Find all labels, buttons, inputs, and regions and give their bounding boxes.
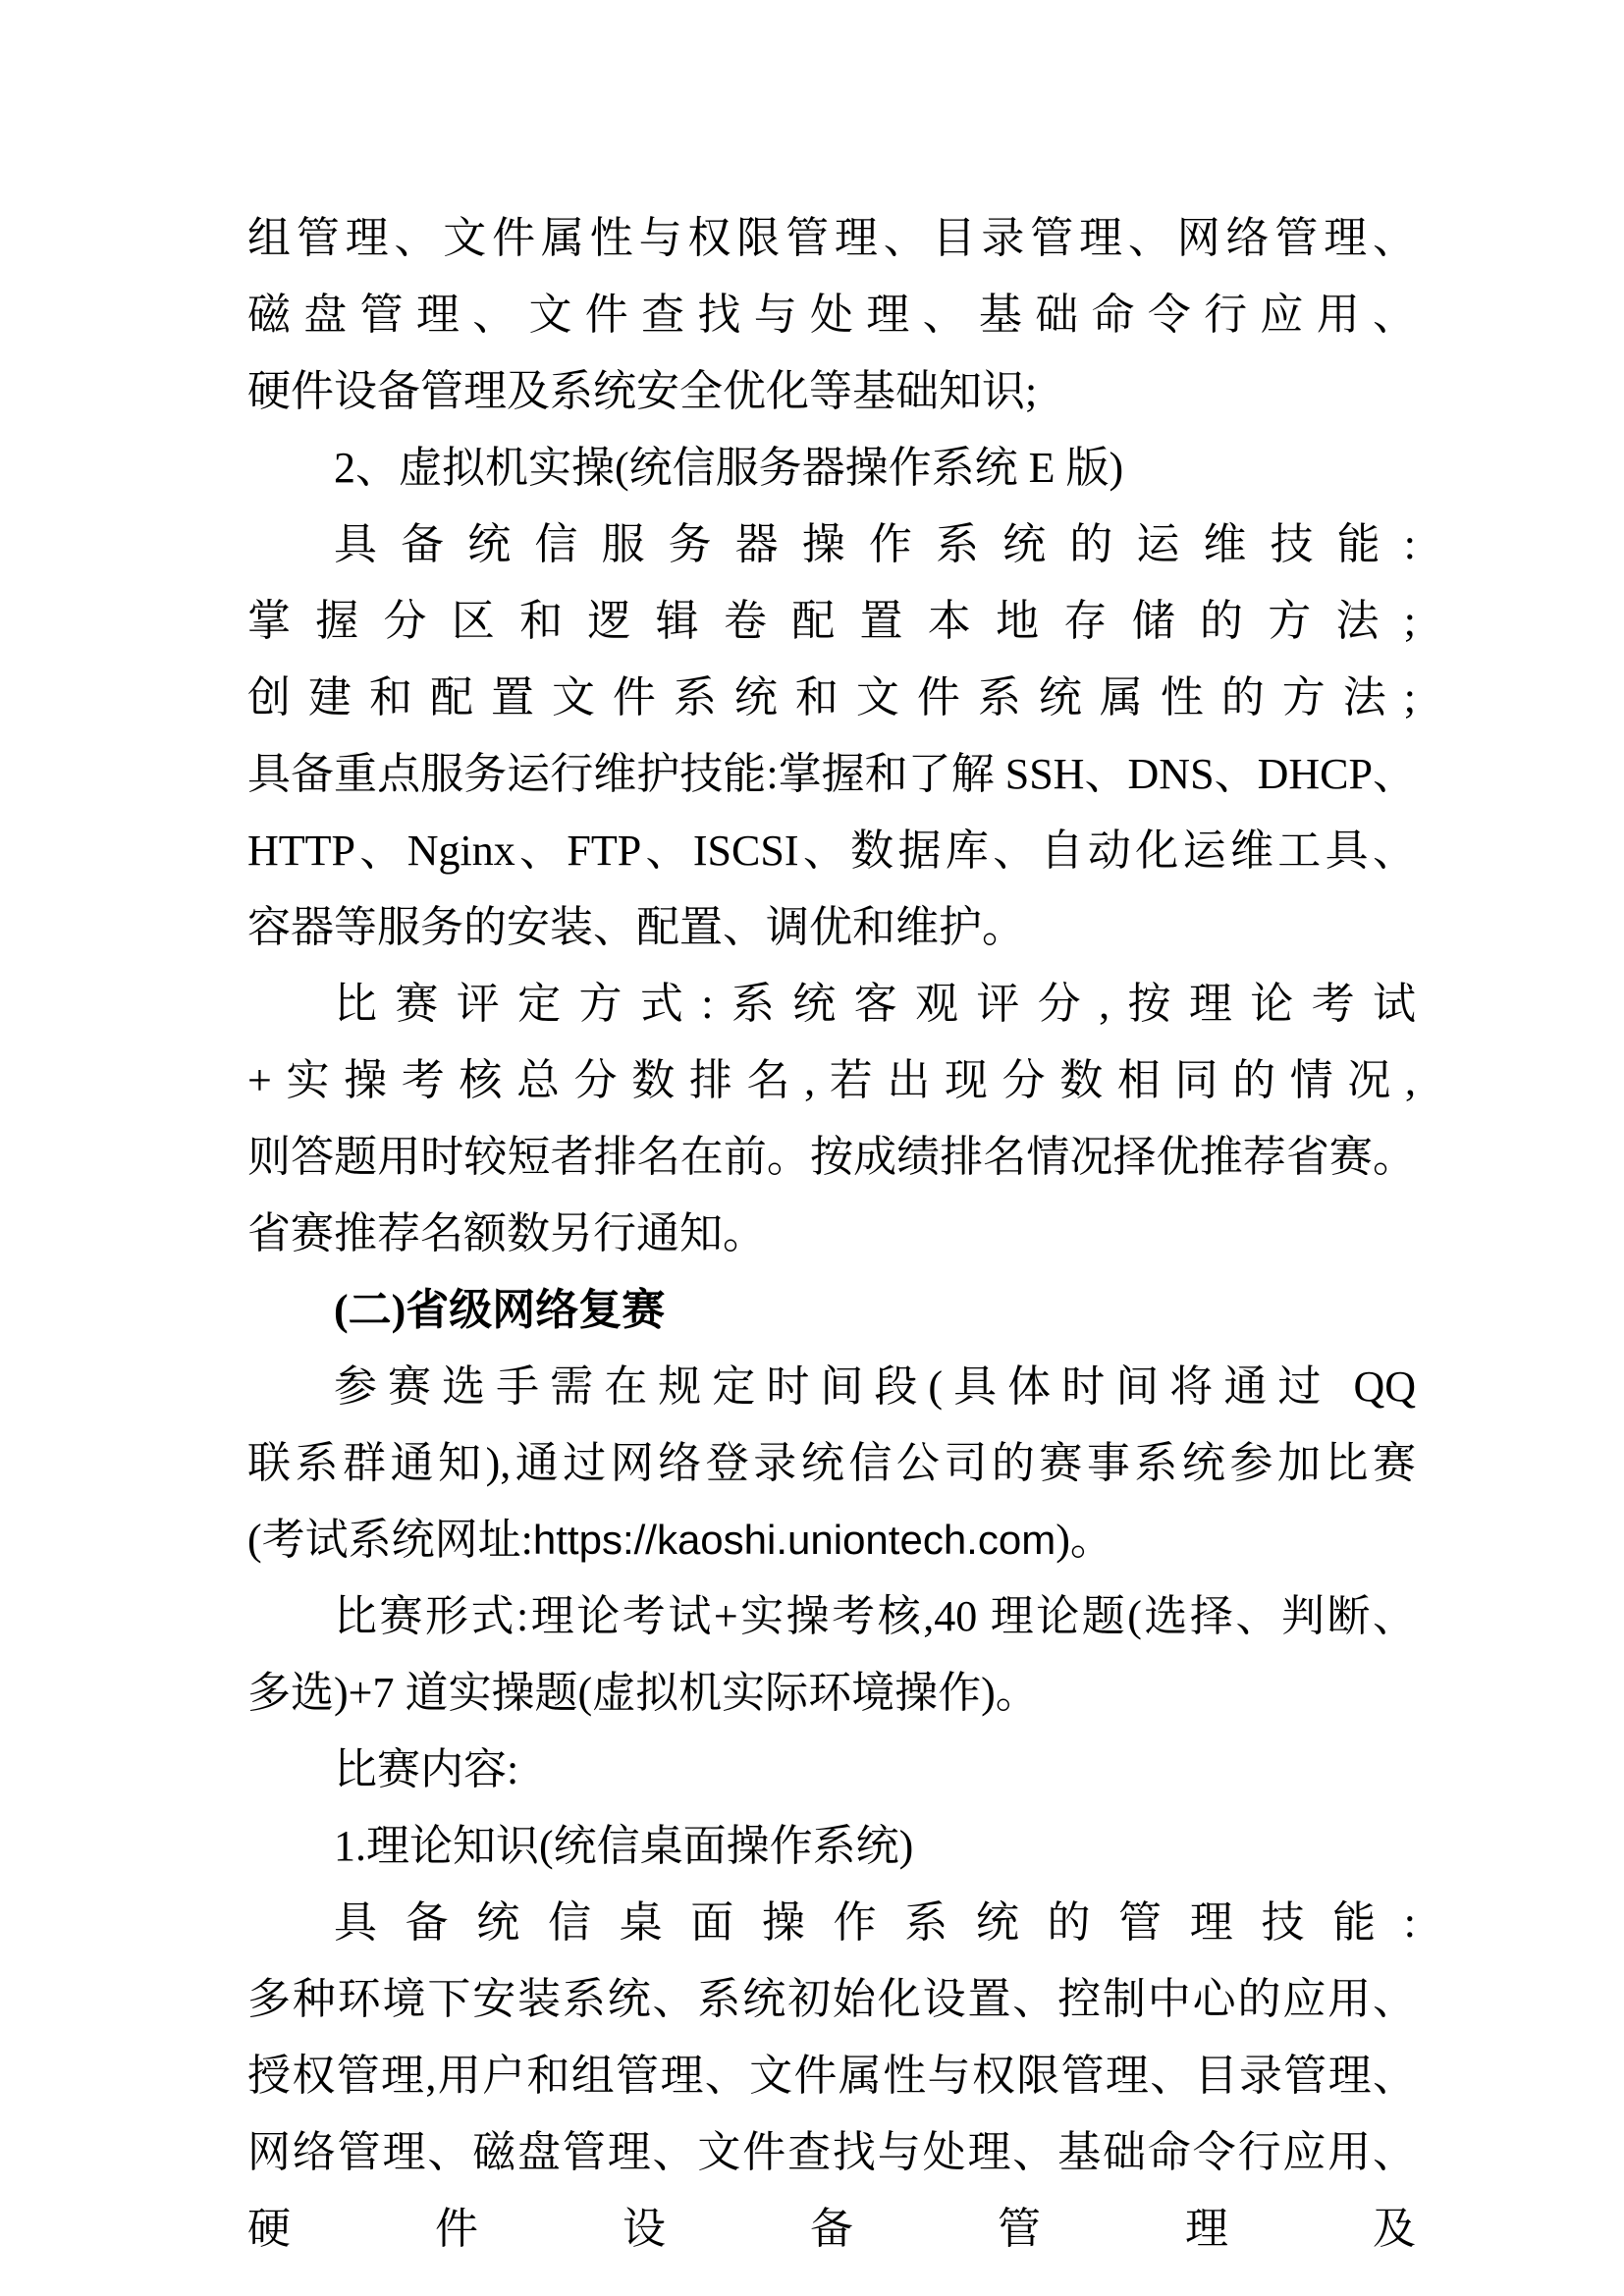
text-run: 比赛评定方式:系统客观评分,按理论考试+实操考核总分数排名,若出现分数相同的情况… <box>247 980 1416 1257</box>
paragraph: 比赛评定方式:系统客观评分,按理论考试+实操考核总分数排名,若出现分数相同的情况… <box>247 966 1416 1272</box>
paragraph: 组管理、文件属性与权限管理、目录管理、网络管理、磁盘管理、文件查找与处理、基础命… <box>247 200 1416 430</box>
exam-system-url: https://kaoshi.uniontech.com <box>533 1517 1056 1563</box>
text-run: 组管理、文件属性与权限管理、目录管理、网络管理、磁盘管理、文件查找与处理、基础命… <box>247 214 1416 415</box>
paragraph: 2、虚拟机实操(统信服务器操作系统 E 版) <box>247 430 1416 507</box>
section-heading: (二)省级网络复赛 <box>247 1272 1416 1349</box>
text-run: 2、虚拟机实操(统信服务器操作系统 E 版) <box>334 444 1123 492</box>
paragraph: 具备统信桌面操作系统的管理技能:多种环境下安装系统、系统初始化设置、控制中心的应… <box>247 1885 1416 2268</box>
paragraph: 具备统信服务器操作系统的运维技能:掌握分区和逻辑卷配置本地存储的方法;创建和配置… <box>247 507 1416 966</box>
text-run: 比赛形式:理论考试+实操考核,40 理论题(选择、判断、多选)+7 道实操题(虚… <box>247 1592 1416 1717</box>
paragraph: 比赛内容: <box>247 1732 1416 1808</box>
paragraph: 参赛选手需在规定时间段(具体时间将通过 QQ 联系群通知),通过网络登录统信公司… <box>247 1349 1416 1578</box>
document-body: 组管理、文件属性与权限管理、目录管理、网络管理、磁盘管理、文件查找与处理、基础命… <box>247 200 1416 2268</box>
text-run: 具备统信服务器操作系统的运维技能:掌握分区和逻辑卷配置本地存储的方法;创建和配置… <box>247 520 1416 951</box>
text-run: (二)省级网络复赛 <box>334 1286 665 1334</box>
text-run: 具备统信桌面操作系统的管理技能:多种环境下安装系统、系统初始化设置、控制中心的应… <box>247 1898 1416 2253</box>
paragraph: 比赛形式:理论考试+实操考核,40 理论题(选择、判断、多选)+7 道实操题(虚… <box>247 1578 1416 1732</box>
text-run: 比赛内容: <box>334 1745 518 1793</box>
paragraph: 1.理论知识(统信桌面操作系统) <box>247 1808 1416 1885</box>
document-page: 组管理、文件属性与权限管理、目录管理、网络管理、磁盘管理、文件查找与处理、基础命… <box>0 0 1624 2296</box>
text-run: 1.理论知识(统信桌面操作系统) <box>334 1822 913 1870</box>
text-run: )。 <box>1056 1516 1113 1564</box>
